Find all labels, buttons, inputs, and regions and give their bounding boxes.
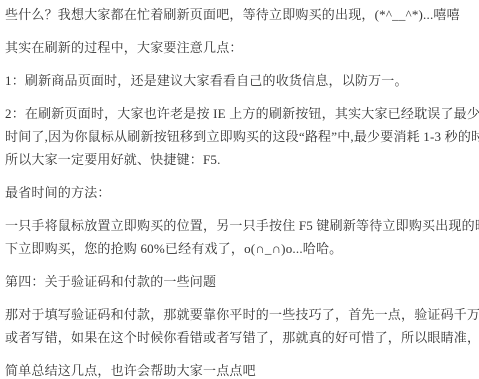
notes-heading: 其实在刷新的过程中，大家要注意几点： <box>5 36 475 59</box>
text-line: 所以大家一定要用好就、快捷键：F5. <box>5 148 475 171</box>
text-line: 一只手将鼠标放置立即购买的位置，另一只手按住 F5 键刷新等待立即购买出现的时候… <box>5 214 475 237</box>
text-line: 其实在刷新的过程中，大家要注意几点： <box>5 36 475 59</box>
text-line: 那对于填写验证码和付款，那就要靠你平时的一些技巧了，首先一点，验证码千万不能看错 <box>5 303 475 326</box>
intro-line: 些什么？我想大家都在忙着刷新页面吧，等待立即购买的出现，(*^__^*)...嘻… <box>5 3 475 26</box>
text-line: 时间了,因为你鼠标从刷新按钮移到立即购买的这段“路程”中,最少要消耗 1-3 秒… <box>5 125 475 148</box>
time-saving-heading: 最省时间的方法： <box>5 181 475 204</box>
text-line: 最省时间的方法： <box>5 181 475 204</box>
section-4-heading: 第四：关于验证码和付款的一些问题 <box>5 270 475 293</box>
text-line: 1：刷新商品页面时，还是建议大家看看自己的收货信息，以防万一。 <box>5 69 475 92</box>
time-saving-method: 一只手将鼠标放置立即购买的位置，另一只手按住 F5 键刷新等待立即购买出现的时候… <box>5 214 475 260</box>
text-line: 或者写错，如果在这个时候你看错或者写错了，那就真的好可惜了，所以眼睛准，手要快！ <box>5 326 475 349</box>
document-page: 些什么？我想大家都在忙着刷新页面吧，等待立即购买的出现，(*^__^*)...嘻… <box>0 0 479 379</box>
verification-tips: 那对于填写验证码和付款，那就要靠你平时的一些技巧了，首先一点，验证码千万不能看错… <box>5 303 475 349</box>
tip-2: 2：在刷新页面时，大家也许老是按 IE 上方的刷新按钮，其实大家已经耽误了最少 … <box>5 102 475 171</box>
text-line: 些什么？我想大家都在忙着刷新页面吧，等待立即购买的出现，(*^__^*)...嘻… <box>5 3 475 26</box>
summary-line: 简单总结这几点，也许会帮助大家一点点吧 <box>5 359 475 379</box>
tip-1: 1：刷新商品页面时，还是建议大家看看自己的收货信息，以防万一。 <box>5 69 475 92</box>
text-line: 下立即购买，您的抢购 60%已经有戏了，o(∩_∩)o...哈哈。 <box>5 237 475 260</box>
text-line: 简单总结这几点，也许会帮助大家一点点吧 <box>5 359 475 379</box>
text-line: 第四：关于验证码和付款的一些问题 <box>5 270 475 293</box>
text-line: 2：在刷新页面时，大家也许老是按 IE 上方的刷新按钮，其实大家已经耽误了最少 … <box>5 102 475 125</box>
